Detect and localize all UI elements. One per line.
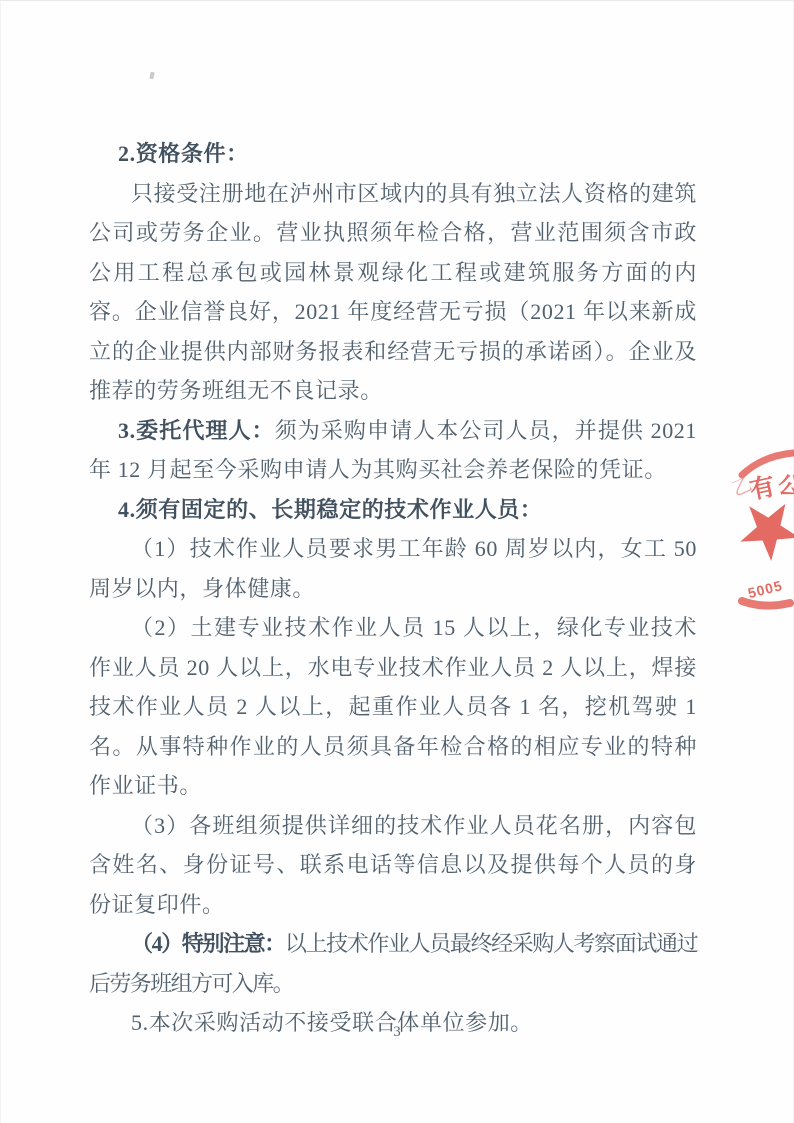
paragraph-text: （1）技术作业人员要求男工年龄 60 周岁以内，女工 50 周岁以内，身体健康。 [89, 536, 697, 601]
paragraph-text: 4.须有固定的、长期稳定的技术作业人员： [118, 497, 543, 522]
seal-graphic: 乙 有 公 5005 [732, 453, 794, 606]
seal-bottom-arc [742, 601, 790, 606]
paragraph-text: 2.资格条件： [118, 141, 249, 166]
paragraph: 3.委托代理人：须为采购申请人本公司人员，并提供 2021 年 12 月起至今采… [89, 411, 697, 490]
page-number: 3 [0, 1024, 794, 1041]
seal-number: 5005 [746, 577, 784, 601]
paragraph: （3）各班组须提供详细的技术作业人员花名册，内容包含姓名、身份证号、联系电话等信… [89, 806, 697, 925]
document-body: 2.资格条件：只接受注册地在泸州市区域内的具有独立法人资格的建筑公司或劳务企业。… [89, 134, 697, 1043]
seal-char-left: 乙 [732, 474, 755, 501]
seal-char-main: 有 [747, 472, 777, 505]
paragraph: （4）特别注意：以上技术作业人员最终经采购人考察面试通过后劳务班组方可入库。 [89, 924, 697, 1003]
scan-artifact-speck [149, 72, 154, 80]
paragraph-lead: 3.委托代理人： [118, 418, 275, 443]
paragraph: 4.须有固定的、长期稳定的技术作业人员： [89, 490, 697, 530]
seal-star-icon [738, 495, 794, 566]
paragraph: 只接受注册地在泸州市区域内的具有独立法人资格的建筑公司或劳务企业。营业执照须年检… [89, 174, 697, 411]
company-seal-stamp: 乙 有 公 5005 [732, 443, 794, 615]
paragraph: （1）技术作业人员要求男工年龄 60 周岁以内，女工 50 周岁以内，身体健康。 [89, 529, 697, 608]
seal-char-right: 公 [777, 472, 794, 500]
paragraph-text: （2）土建专业技术作业人员 15 人以上，绿化专业技术作业人员 20 人以上，水… [89, 615, 697, 798]
paragraph: 2.资格条件： [89, 134, 697, 174]
document-page: 2.资格条件：只接受注册地在泸州市区域内的具有独立法人资格的建筑公司或劳务企业。… [0, 0, 794, 1123]
seal-top-arc [742, 453, 793, 475]
paragraph-text: （3）各班组须提供详细的技术作业人员花名册，内容包含姓名、身份证号、联系电话等信… [89, 813, 697, 917]
paragraph: （2）土建专业技术作业人员 15 人以上，绿化专业技术作业人员 20 人以上，水… [89, 608, 697, 806]
paragraph-lead: （4）特别注意： [131, 931, 285, 956]
paragraph-text: 只接受注册地在泸州市区域内的具有独立法人资格的建筑公司或劳务企业。营业执照须年检… [89, 181, 697, 404]
